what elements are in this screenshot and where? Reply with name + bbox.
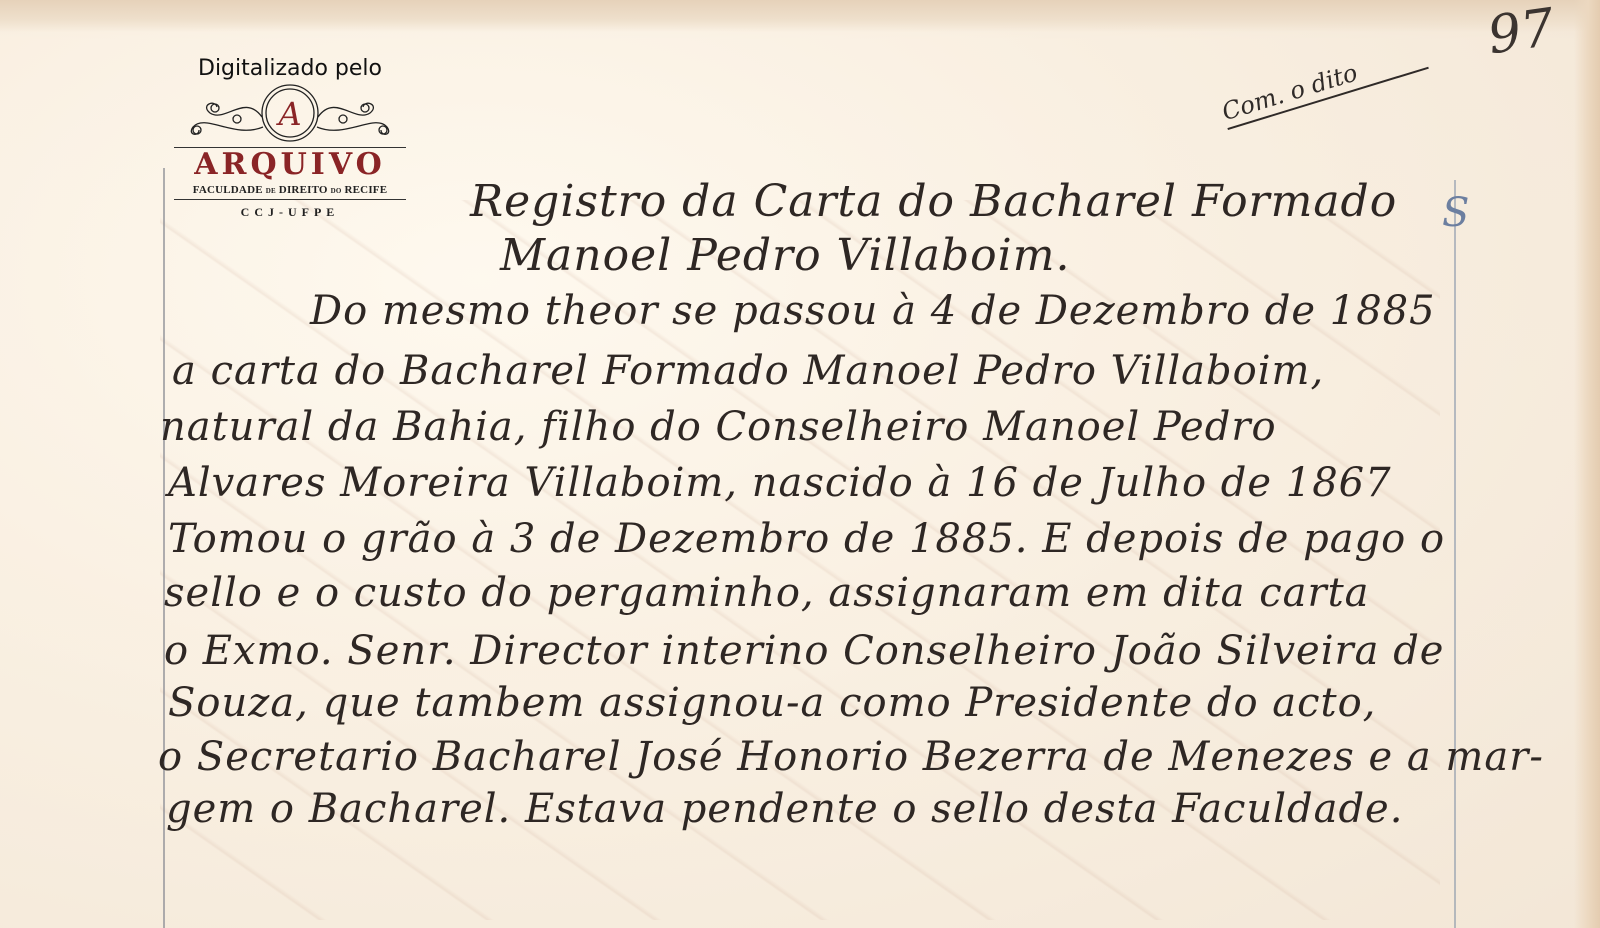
logo-unit: CCJ-UFPE <box>172 202 408 222</box>
body-line-2: a carta do Bacharel Formado Manoel Pedro… <box>172 348 1324 394</box>
left-margin-rule <box>163 168 165 928</box>
body-line-6: sello e o custo do pergaminho, assignara… <box>164 570 1370 616</box>
right-margin-rule <box>1454 180 1456 928</box>
page-right-edge <box>1574 0 1600 928</box>
manuscript-page: Digitalizado pelo A ARQUIVO FACULDADE DE… <box>0 0 1600 928</box>
title-line-2: Manoel Pedro Villaboim. <box>500 230 1070 281</box>
body-line-7: o Exmo. Senr. Director interino Conselhe… <box>164 628 1444 674</box>
body-line-3: natural da Bahia, filho do Conselheiro M… <box>160 404 1277 450</box>
blue-margin-mark: S <box>1442 190 1469 236</box>
folio-number: 97 <box>1484 0 1558 66</box>
logo-wordmark: ARQUIVO <box>172 148 408 182</box>
body-line-4: Alvares Moreira Villaboim, nascido à 16 … <box>168 460 1392 506</box>
svg-text:A: A <box>275 95 301 133</box>
body-line-1: Do mesmo theor se passou à 4 de Dezembro… <box>310 288 1436 334</box>
logo-caption: Digitalizado pelo <box>172 55 408 83</box>
body-line-9: o Secretario Bacharel José Honorio Bezer… <box>158 734 1544 780</box>
title-line-1: Registro da Carta do Bacharel Formado <box>470 176 1397 227</box>
body-line-5: Tomou o grão à 3 de Dezembro de 1885. E … <box>168 516 1445 562</box>
archive-logo: Digitalizado pelo A ARQUIVO FACULDADE DE… <box>172 55 408 230</box>
page-top-edge <box>0 0 1600 32</box>
logo-institution: FACULDADE DE DIREITO DO RECIFE <box>172 182 408 199</box>
logo-divider-bottom <box>174 199 406 200</box>
margin-annotation: Com. o dito <box>1219 38 1429 130</box>
body-line-8: Souza, que tambem assignou-a como Presid… <box>168 680 1376 726</box>
body-line-10: gem o Bacharel. Estava pendente o sello … <box>166 786 1403 832</box>
ornament-emblem-icon: A <box>175 83 405 147</box>
